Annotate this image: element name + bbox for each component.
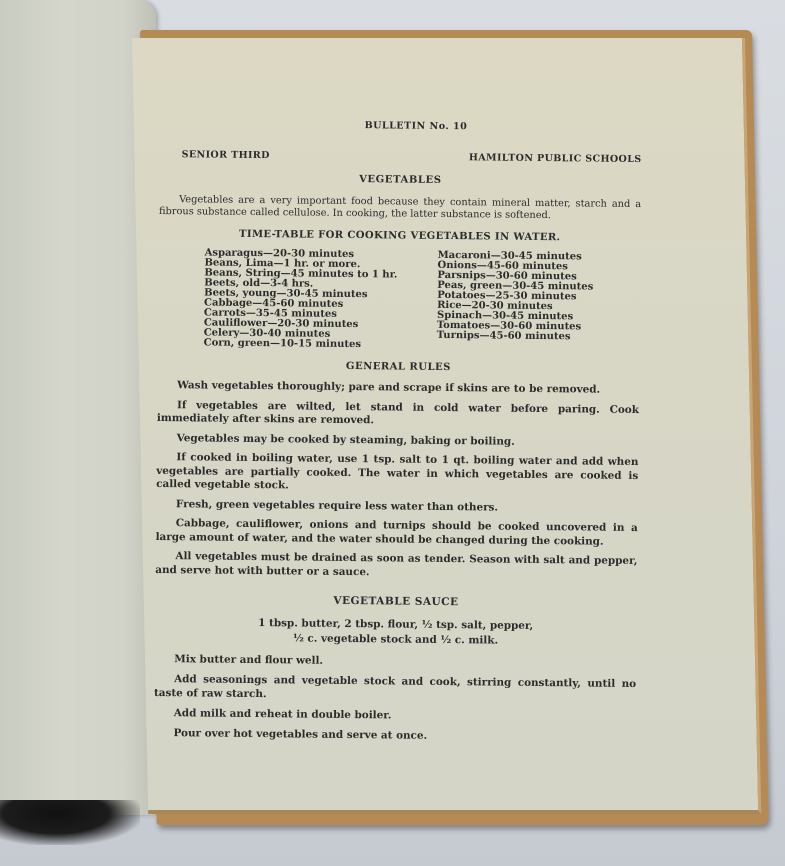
vegetable-sauce-title: VEGETABLE SAUCE: [155, 593, 637, 612]
sauce-ingredients: 1 tbsp. butter, 2 tbsp. flour, ½ tsp. sa…: [154, 615, 636, 649]
rule-paragraph: If cooked in boiling water, use 1 tsp. s…: [156, 451, 638, 497]
intro-paragraph: Vegetables are a very important food bec…: [159, 194, 641, 224]
page-content: BULLETIN No. 10 SENIOR THIRD HAMILTON PU…: [153, 118, 642, 752]
left-page: [0, 0, 156, 815]
school-name: HAMILTON PUBLIC SCHOOLS: [469, 152, 642, 166]
rule-paragraph: Fresh, green vegetables require less wat…: [156, 498, 638, 517]
rule-paragraph: All vegetables must be drained as soon a…: [155, 550, 637, 582]
timetable-entry: Turnips—45-60 minutes: [437, 331, 593, 343]
sauce-step: Add milk and reheat in double boiler.: [154, 706, 636, 725]
sauce-step: Add seasonings and vegetable stock and c…: [154, 672, 636, 705]
grade-label: SENIOR THIRD: [182, 149, 270, 162]
page-title: VEGETABLES: [159, 171, 641, 189]
general-rules-title: GENERAL RULES: [157, 358, 639, 376]
sauce-step: Pour over hot vegetables and serve at on…: [153, 726, 635, 745]
book-shadow: [0, 800, 140, 845]
rule-paragraph: Cabbage, cauliflower, onions and turnips…: [156, 517, 638, 549]
sauce-steps: Mix butter and flour well.Add seasonings…: [153, 652, 636, 745]
general-rules: Wash vegetables thoroughly; pare and scr…: [155, 379, 639, 582]
timetable-entry: Corn, green—10-15 minutes: [204, 338, 397, 350]
sauce-step: Mix butter and flour well.: [154, 652, 636, 671]
rule-paragraph: If vegetables are wilted, let stand in c…: [157, 399, 639, 431]
rule-paragraph: Wash vegetables thoroughly; pare and scr…: [157, 379, 639, 398]
timetable-left-column: Asparagus—20-30 minutesBeans, Lima—1 hr.…: [204, 248, 398, 350]
timetable: Asparagus—20-30 minutesBeans, Lima—1 hr.…: [204, 248, 641, 353]
header-row: SENIOR THIRD HAMILTON PUBLIC SCHOOLS: [182, 149, 642, 166]
rule-paragraph: Vegetables may be cooked by steaming, ba…: [157, 432, 639, 451]
timetable-right-column: Macaroni—30-45 minutesOnions—45-60 minut…: [437, 251, 594, 353]
timetable-title: TIME-TABLE FOR COOKING VEGETABLES IN WAT…: [159, 227, 641, 245]
